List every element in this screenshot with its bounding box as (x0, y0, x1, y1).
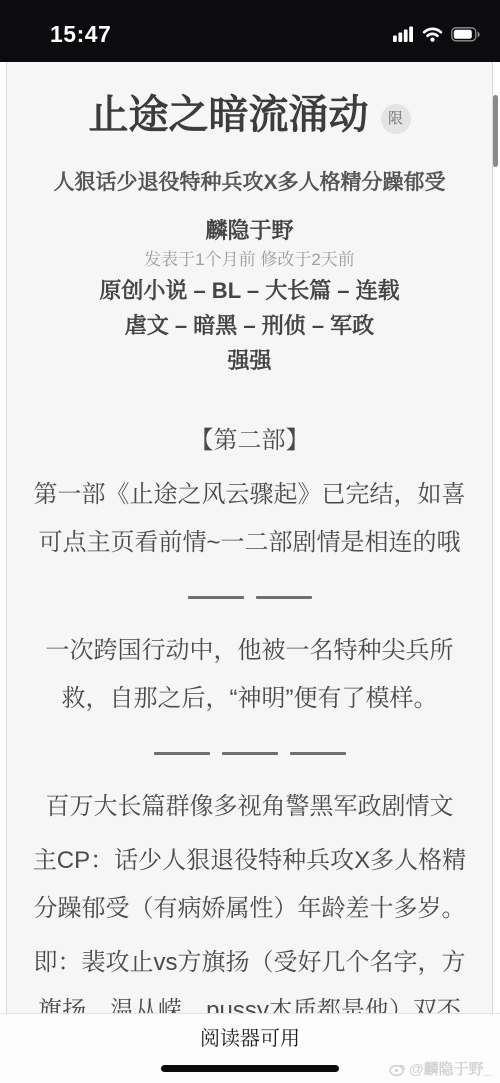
battery-icon (451, 27, 480, 42)
summary-paragraph: 即：裴攻止vs方旗扬（受好几个名字，方旗扬，温从嵘，pussy本质都是他）双不 (22, 939, 477, 1013)
summary-paragraph: 主CP：话少人狠退役特种兵攻X多人格精分躁郁受（有病娇属性）年龄差十多岁。 (22, 837, 477, 933)
reader-available-bar[interactable]: 阅读器可用 @麟隐于野_ (0, 1013, 500, 1083)
novel-title-row: 止途之暗流涌动 限 (22, 90, 477, 140)
status-time: 15:47 (50, 21, 111, 48)
home-indicator[interactable] (161, 1065, 339, 1072)
summary-paragraph: 一次跨国行动中，他被一名特种尖兵所救，自那之后，“神明”便有了模样。 (22, 627, 477, 723)
scrollbar-thumb[interactable] (493, 95, 498, 167)
tag-line[interactable]: 虐文 – 暗黑 – 刑侦 – 军政 (22, 309, 477, 342)
reader-available-label[interactable]: 阅读器可用 (200, 1025, 300, 1053)
novel-page-content: 止途之暗流涌动 限 人狠话少退役特种兵攻X多人格精分躁郁受 麟隐于野 发表于1个… (6, 62, 493, 1013)
novel-subtitle: 人狠话少退役特种兵攻X多人格精分躁郁受 (22, 168, 477, 198)
author-name[interactable]: 麟隐于野 (22, 216, 477, 246)
summary-paragraph: 百万大长篇群像多视角警黑军政剧情文 (22, 783, 477, 831)
publish-meta: 发表于1个月前 修改于2天前 (22, 248, 477, 272)
section-heading: 【第二部】 (22, 417, 477, 465)
watermark-text: @麟隐于野_ (409, 1058, 492, 1079)
dash-divider (22, 729, 477, 777)
summary-blocks: 【第二部】 第一部《止途之风云骤起》已完结，如喜可点主页看前情~一二部剧情是相连… (22, 417, 477, 1013)
weibo-logo-icon (389, 1062, 406, 1076)
status-icons (393, 26, 480, 42)
cellular-signal-icon (393, 26, 414, 42)
weibo-watermark: @麟隐于野_ (389, 1058, 492, 1079)
phone-screen: 15:47 止途之暗流涌动 限 (0, 0, 500, 1083)
tag-line[interactable]: 强强 (22, 344, 477, 377)
novel-title: 止途之暗流涌动 (89, 90, 369, 140)
summary-paragraph: 第一部《止途之风云骤起》已完结，如喜可点主页看前情~一二部剧情是相连的哦 (22, 471, 477, 567)
dash-divider (22, 573, 477, 621)
restricted-badge: 限 (381, 104, 411, 134)
wifi-icon (422, 26, 443, 42)
status-bar: 15:47 (0, 0, 500, 62)
tag-line[interactable]: 原创小说 – BL – 大长篇 – 连载 (22, 274, 477, 307)
